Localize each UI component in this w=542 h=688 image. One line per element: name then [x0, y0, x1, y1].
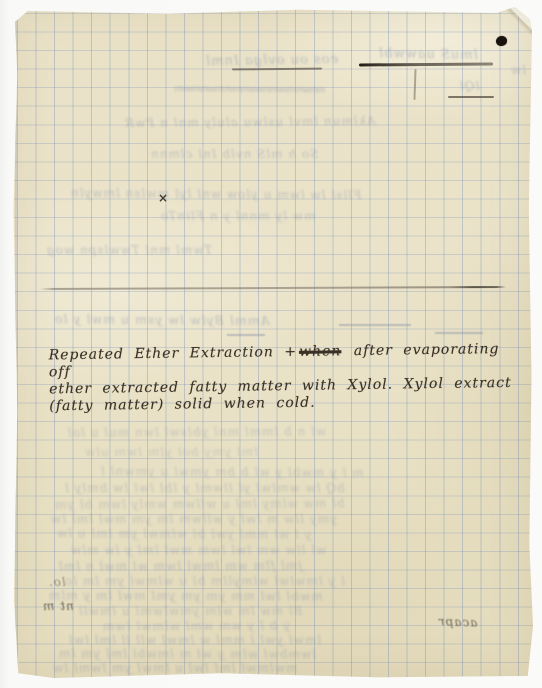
notebook-page: eos ou ovlga InmllmuS uawwbllwlQlmmwmmvw… — [12, 7, 533, 680]
paper-vignette — [12, 7, 533, 680]
